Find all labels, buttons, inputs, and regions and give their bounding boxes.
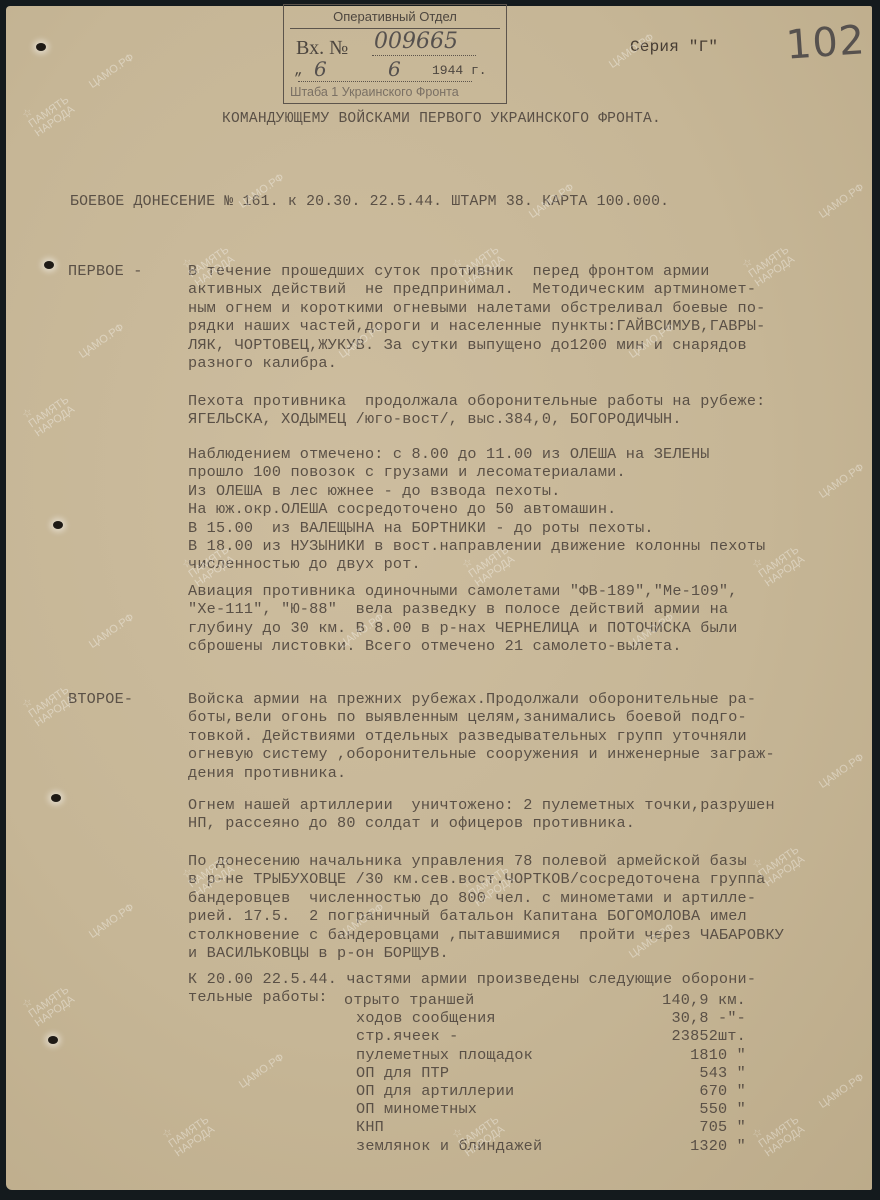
text-line: и ВАСИЛЬКОВЦЫ в р-он БОРЩУВ. <box>188 944 449 962</box>
text-line: К 20.00 22.5.44. частями армии произведе… <box>188 970 756 988</box>
text-line: дения противника. <box>188 764 346 782</box>
works-quantity: 23852шт. <box>606 1027 746 1045</box>
watermark: ☆ ПАМЯТЬ НАРОДА <box>751 1106 808 1160</box>
watermark: ☆ ПАМЯТЬ НАРОДА <box>21 86 78 140</box>
watermark: ЦАМО.РФ <box>238 1052 287 1091</box>
works-quantity: 1810 " <box>606 1046 746 1064</box>
text-line: Из ОЛЕША в лес южнее - до взвода пехоты. <box>188 482 561 500</box>
registration-stamp: Оперативный Отдел Вх. № 009665 „ 6 6 194… <box>283 4 507 104</box>
works-quantity: 670 " <box>606 1082 746 1100</box>
works-item: стр.ячеек - <box>356 1027 458 1045</box>
page-number: 102 <box>784 17 866 68</box>
text-line: активных действий не предпринимал. Метод… <box>188 280 756 298</box>
watermark: ЦАМО.РФ <box>818 182 867 221</box>
watermark: ЦАМО.РФ <box>88 902 137 941</box>
text-line: ЯГЕЛЬСКА, ХОДЫМЕЦ /юго-вост/, выс.384,0,… <box>188 410 682 428</box>
watermark: ЦАМО.РФ <box>818 1072 867 1111</box>
section-label-second: ВТОРОЕ- <box>68 690 133 708</box>
works-quantity: 550 " <box>606 1100 746 1118</box>
works-quantity: 1320 " <box>606 1137 746 1155</box>
works-item: отрыто траншей <box>344 991 474 1009</box>
stamp-header: Оперативный Отдел <box>284 9 506 24</box>
text-line: "Хе-111", "Ю-88" вела разведку в полосе … <box>188 600 728 618</box>
watermark: ☆ ПАМЯТЬ НАРОДА <box>21 976 78 1030</box>
punch-hole <box>51 794 61 802</box>
watermark: ЦАМО.РФ <box>818 462 867 501</box>
stamp-year: 1944 г. <box>432 63 487 78</box>
text-line: товкой. Действиями отдельных разведывате… <box>188 727 747 745</box>
watermark: ЦАМО.РФ <box>78 322 127 361</box>
text-line: прошло 100 повозок с грузами и лесоматер… <box>188 463 626 481</box>
stamp-month: 6 <box>388 57 401 81</box>
series-label: Серия "Г" <box>630 38 718 56</box>
watermark: ☆ ПАМЯТЬ НАРОДА <box>161 1106 218 1160</box>
text-line: По донесению начальника управления 78 по… <box>188 852 747 870</box>
punch-hole <box>48 1036 58 1044</box>
text-line: ЛЯК, ЧОРТОВЕЦ,ЖУКУВ. За сутки выпущено д… <box>188 336 747 354</box>
text-line: На юж.окр.ОЛЕША сосредоточено до 50 авто… <box>188 500 616 518</box>
works-item: КНП <box>356 1118 384 1136</box>
text-line: В 15.00 из ВАЛЕЩЫНА на БОРТНИКИ - до рот… <box>188 519 654 537</box>
punch-hole <box>44 261 54 269</box>
stamp-line <box>372 55 476 56</box>
text-line: Авиация противника одиночными самолетами… <box>188 582 738 600</box>
text-line: столкновение с бандеровцами ,пытавшимися… <box>188 926 784 944</box>
works-quantity: 543 " <box>606 1064 746 1082</box>
text-line: ным огнем и короткими огневыми налетами … <box>188 299 765 317</box>
text-line: Огнем нашей артиллерии уничтожено: 2 пул… <box>188 796 775 814</box>
text-line: тельные работы: <box>188 988 328 1006</box>
watermark: ЦАМО.РФ <box>88 612 137 651</box>
watermark: ЦАМО.РФ <box>818 752 867 791</box>
stamp-line <box>298 81 472 82</box>
text-line: боты,вели огонь по выявленным целям,зани… <box>188 708 747 726</box>
text-line: бандеровцев численностью до 800 чел. с м… <box>188 889 756 907</box>
document-page: Оперативный Отдел Вх. № 009665 „ 6 6 194… <box>6 6 872 1190</box>
text-line: Войска армии на прежних рубежах.Продолжа… <box>188 690 756 708</box>
text-line: глубину до 30 км. В 8.00 в р-нах ЧЕРНЕЛИ… <box>188 619 738 637</box>
stamp-day: 6 <box>314 57 327 81</box>
works-item: ходов сообщения <box>356 1009 496 1027</box>
text-line: численностью до двух рот. <box>188 555 421 573</box>
punch-hole <box>53 521 63 529</box>
watermark: ЦАМО.РФ <box>88 52 137 91</box>
works-quantity: 30,8 -"- <box>606 1009 746 1027</box>
text-line: В течение прошедших суток противник пере… <box>188 262 710 280</box>
works-item: пулеметных площадок <box>356 1046 533 1064</box>
text-line: Наблюдением отмечено: с 8.00 до 11.00 из… <box>188 445 710 463</box>
text-line: рией. 17.5. 2 пограничный батальон Капит… <box>188 907 747 925</box>
text-line: НП, рассеяно до 80 солдат и офицеров про… <box>188 814 635 832</box>
works-item: землянок и блиндажей <box>356 1137 542 1155</box>
text-line: В 18.00 из НУЗЫНИКИ в вост.направлении д… <box>188 537 765 555</box>
text-line: разного калибра. <box>188 354 337 372</box>
stamp-footer: Штаба 1 Украинского Фронта <box>290 85 459 99</box>
works-quantity: 140,9 км. <box>606 991 746 1009</box>
text-line: сброшены листовки. Всего отмечено 21 сам… <box>188 637 682 655</box>
stamp-quote: „ <box>294 63 302 79</box>
section-label-first: ПЕРВОЕ - <box>68 262 143 280</box>
text-line: огневую систему ,оборонительные сооружен… <box>188 745 775 763</box>
addressee: КОМАНДУЮЩЕМУ ВОЙСКАМИ ПЕРВОГО УКРАИНСКОГ… <box>222 110 661 128</box>
text-line: в р-не ТРЫБУХОВЦЕ /30 км.сев.вост.ЧОРТКО… <box>188 870 765 888</box>
watermark: ☆ ПАМЯТЬ НАРОДА <box>21 386 78 440</box>
report-header: БОЕВОЕ ДОНЕСЕНИЕ № 161. к 20.30. 22.5.44… <box>70 193 669 211</box>
stamp-number: 009665 <box>374 29 458 54</box>
text-line: Пехота противника продолжала оборонитель… <box>188 392 765 410</box>
punch-hole <box>36 43 46 51</box>
works-item: ОП для артиллерии <box>356 1082 514 1100</box>
works-item: ОП для ПТР <box>356 1064 449 1082</box>
text-line: рядки наших частей,дороги и населенные п… <box>188 317 765 335</box>
works-quantity: 705 " <box>606 1118 746 1136</box>
works-item: ОП минометных <box>356 1100 477 1118</box>
